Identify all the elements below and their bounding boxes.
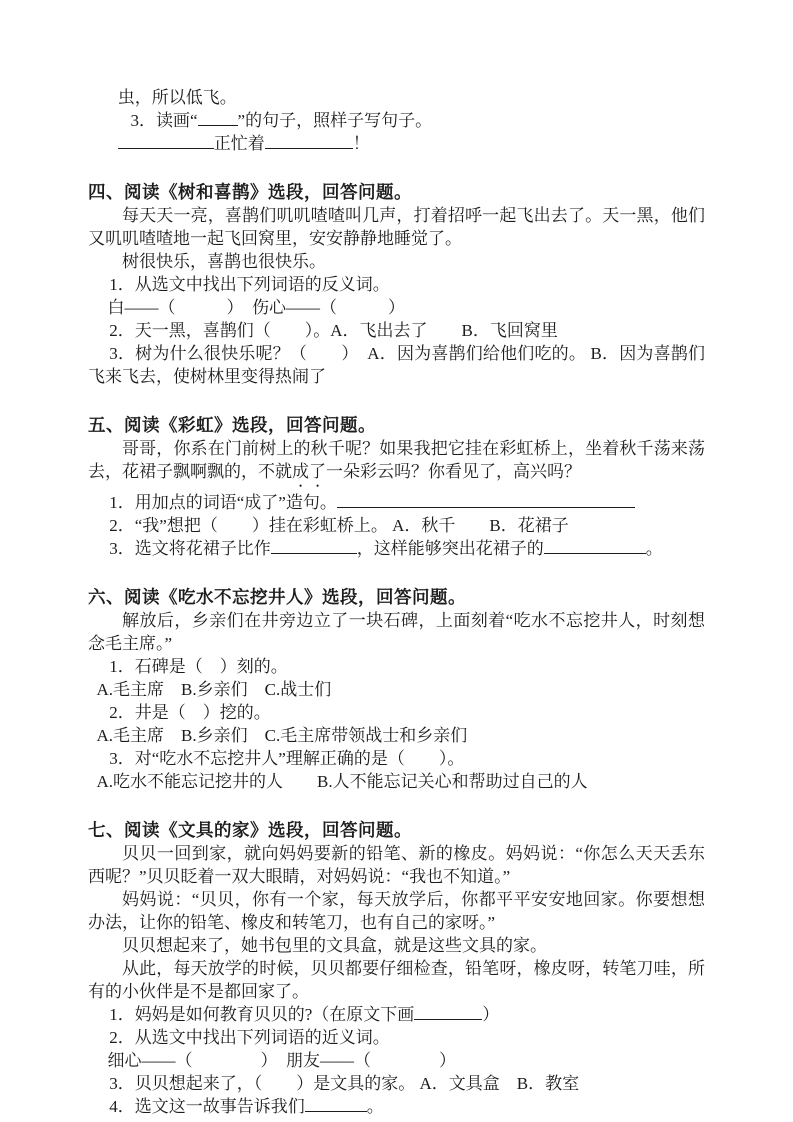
question-line: 3．选文将花裙子比作，这样能够突出花裙子的。 (88, 537, 705, 560)
text-run: 正忙着 (214, 134, 265, 153)
passage-paragraph: 哥哥，你系在门前树上的秋千呢？如果我把它挂在彩虹桥上，坐着秋千荡来荡去，花裙子飘… (88, 437, 705, 491)
text-run: 从此，每天放学的时候，贝贝都要仔细检查，铅笔呀，橡皮呀，转笔刀哇，所有的小伙伴是… (88, 959, 705, 1001)
text-run: 3．贝贝想起来了，（ ）是文具的家。 A．文具盒 B．教室 (109, 1074, 579, 1093)
passage-paragraph: 从此，每天放学的时候，贝贝都要仔细检查，铅笔呀，橡皮呀，转笔刀哇，所有的小伙伴是… (88, 957, 705, 1003)
text-run: 贝贝想起来了，她书包里的文具盒，就是这些文具的家。 (122, 936, 547, 955)
passage-paragraph: 每天天一亮，喜鹊们叽叽喳喳叫几声，打着招呼一起飞出去了。天一黑，他们又叽叽喳喳地… (88, 204, 705, 250)
section-three-continued: 虫，所以低飞。3．读画“”的句子，照样子写句子。正忙着！ (88, 86, 705, 155)
text-run: 3．对“吃水不忘挖井人”理解正确的是（ ）。 (109, 749, 464, 768)
text-run: A.毛主席 B.乡亲们 C.战士们 (97, 680, 332, 699)
text-run: 1．石碑是（ ）刻的。 (109, 657, 288, 676)
passage-paragraph: 解放后，乡亲们在井旁边立了一块石碑，上面刻着“吃水不忘挖井人，时刻想念毛主席。” (88, 609, 705, 655)
text-run: 2．井是（ ）挖的。 (109, 703, 271, 722)
section-heading: 四、阅读《树和喜鹊》选段，回答问题。 (88, 181, 705, 204)
text-run: 树很快乐，喜鹊也很快乐。 (122, 252, 326, 271)
fill-blank-line: 白——（ ） 伤心——（ ） (88, 296, 705, 319)
text-run: 每天天一亮，喜鹊们叽叽喳喳叫几声，打着招呼一起飞出去了。天一黑，他们又叽叽喳喳地… (88, 206, 705, 248)
passage-paragraph: 妈妈说：“贝贝，你有一个家，每天放学后，你都平平安安地回家。你要想想办法，让你的… (88, 888, 705, 934)
answer-blank (414, 1003, 482, 1020)
question-line: 1．石碑是（ ）刻的。 (88, 655, 705, 678)
question-line: 2．“我”想把（ ）挂在彩虹桥上。 A．秋千 B．花裙子 (88, 514, 705, 537)
text-run: 。 (367, 1097, 384, 1116)
question-line: 4．选文这一故事告诉我们。 (88, 1095, 705, 1118)
text-run: 1．从选文中找出下列词语的反义词。 (109, 275, 390, 294)
option-line: A.吃水不能忘记挖井的人 B.人不能忘记关心和帮助过自己的人 (88, 770, 705, 793)
text-run: A.毛主席 B.乡亲们 C.毛主席带领战士和乡亲们 (97, 726, 468, 745)
text-run: ，这样能够突出花裙子的 (357, 539, 544, 558)
text-run: 细心——（ ） 朋友——（ ） (108, 1051, 457, 1070)
question-line: 3．读画“”的句子，照样子写句子。 (88, 109, 705, 132)
text-run: 1．用加点的词语“成了”造句。 (109, 493, 337, 512)
option-line: A.毛主席 B.乡亲们 C.战士们 (88, 678, 705, 701)
text-run: 白——（ ） 伤心——（ ） (108, 298, 406, 317)
text-run: 2．从选文中找出下列词语的近义词。 (109, 1028, 390, 1047)
text-run: 3．读画“ (131, 111, 198, 130)
question-line: 2．井是（ ）挖的。 (88, 701, 705, 724)
question-line: 3．对“吃水不忘挖井人”理解正确的是（ ）。 (88, 747, 705, 770)
text-run: 虫，所以低飞。 (118, 88, 237, 107)
section-heading: 五、阅读《彩虹》选段，回答问题。 (88, 414, 705, 437)
document-page: 虫，所以低飞。3．读画“”的句子，照样子写句子。正忙着！四、阅读《树和喜鹊》选段… (0, 0, 793, 1122)
text-run: 。 (646, 539, 663, 558)
answer-blank (271, 537, 357, 554)
text-run: 妈妈说：“贝贝，你有一个家，每天放学后，你都平平安安地回家。你要想想办法，让你的… (88, 890, 705, 932)
answer-blank (305, 1095, 367, 1112)
text-run: 3．选文将花裙子比作 (109, 539, 271, 558)
answer-blank (265, 132, 353, 149)
section-heading: 六、阅读《吃水不忘挖井人》选段，回答问题。 (88, 586, 705, 609)
text-run: 3．树为什么很快乐呢？（ ） A．因为喜鹊们给他们吃的。 B．因为喜鹊们飞来飞去… (88, 344, 705, 386)
text-run: 2．天一黑，喜鹊们（ ）。A．飞出去了 B．飞回窝里 (109, 321, 558, 340)
section-seven-wenju-de-jia: 七、阅读《文具的家》选段，回答问题。贝贝一回到家，就向妈妈要新的铅笔、新的橡皮。… (88, 819, 705, 1118)
answer-blank (544, 537, 646, 554)
passage-paragraph: 贝贝想起来了，她书包里的文具盒，就是这些文具的家。 (88, 934, 705, 957)
text-run: A.吃水不能忘记挖井的人 B.人不能忘记关心和帮助过自己的人 (97, 772, 588, 791)
text-run: 解放后，乡亲们在井旁边立了一块石碑，上面刻着“吃水不忘挖井人，时刻想念毛主席。” (88, 611, 705, 653)
question-line: 1．从选文中找出下列词语的反义词。 (88, 273, 705, 296)
continuation-line: 虫，所以低飞。 (88, 86, 705, 109)
text-run: ） (482, 1005, 499, 1024)
text-run: 2．“我”想把（ ）挂在彩虹桥上。 A．秋千 B．花裙子 (109, 516, 568, 535)
emphasis-dotted-word: 成了 (292, 462, 326, 481)
question-line: 1．妈妈是如何教育贝贝的?（在原文下画） (88, 1003, 705, 1026)
text-run: 1．妈妈是如何教育贝贝的?（在原文下画 (109, 1005, 414, 1024)
answer-blank (118, 132, 214, 149)
text-run: ”的句子，照样子写句子。 (238, 111, 433, 130)
fill-blank-line: 正忙着！ (88, 132, 705, 155)
answer-blank (198, 109, 238, 126)
question-line: 3．树为什么很快乐呢？（ ） A．因为喜鹊们给他们吃的。 B．因为喜鹊们飞来飞去… (88, 342, 705, 388)
section-six-chishui-buwang-wajingren: 六、阅读《吃水不忘挖井人》选段，回答问题。解放后，乡亲们在井旁边立了一块石碑，上… (88, 586, 705, 793)
text-run: 一朵彩云吗？你看见了，高兴吗？ (326, 462, 581, 481)
text-run: 贝贝一回到家，就向妈妈要新的铅笔、新的橡皮。妈妈说：“你怎么天天丢东西呢？”贝贝… (88, 844, 705, 886)
answer-blank (337, 491, 635, 508)
text-run: ！ (353, 134, 370, 153)
passage-paragraph: 树很快乐，喜鹊也很快乐。 (88, 250, 705, 273)
question-line: 2．天一黑，喜鹊们（ ）。A．飞出去了 B．飞回窝里 (88, 319, 705, 342)
fill-blank-line: 细心——（ ） 朋友——（ ） (88, 1049, 705, 1072)
passage-paragraph: 贝贝一回到家，就向妈妈要新的铅笔、新的橡皮。妈妈说：“你怎么天天丢东西呢？”贝贝… (88, 842, 705, 888)
question-line: 2．从选文中找出下列词语的近义词。 (88, 1026, 705, 1049)
section-heading: 七、阅读《文具的家》选段，回答问题。 (88, 819, 705, 842)
question-line: 1．用加点的词语“成了”造句。 (88, 491, 705, 514)
option-line: A.毛主席 B.乡亲们 C.毛主席带领战士和乡亲们 (88, 724, 705, 747)
question-line: 3．贝贝想起来了，（ ）是文具的家。 A．文具盒 B．教室 (88, 1072, 705, 1095)
text-run: 4．选文这一故事告诉我们 (109, 1097, 305, 1116)
section-four-shu-he-xique: 四、阅读《树和喜鹊》选段，回答问题。每天天一亮，喜鹊们叽叽喳喳叫几声，打着招呼一… (88, 181, 705, 388)
section-five-caihong: 五、阅读《彩虹》选段，回答问题。哥哥，你系在门前树上的秋千呢？如果我把它挂在彩虹… (88, 414, 705, 560)
